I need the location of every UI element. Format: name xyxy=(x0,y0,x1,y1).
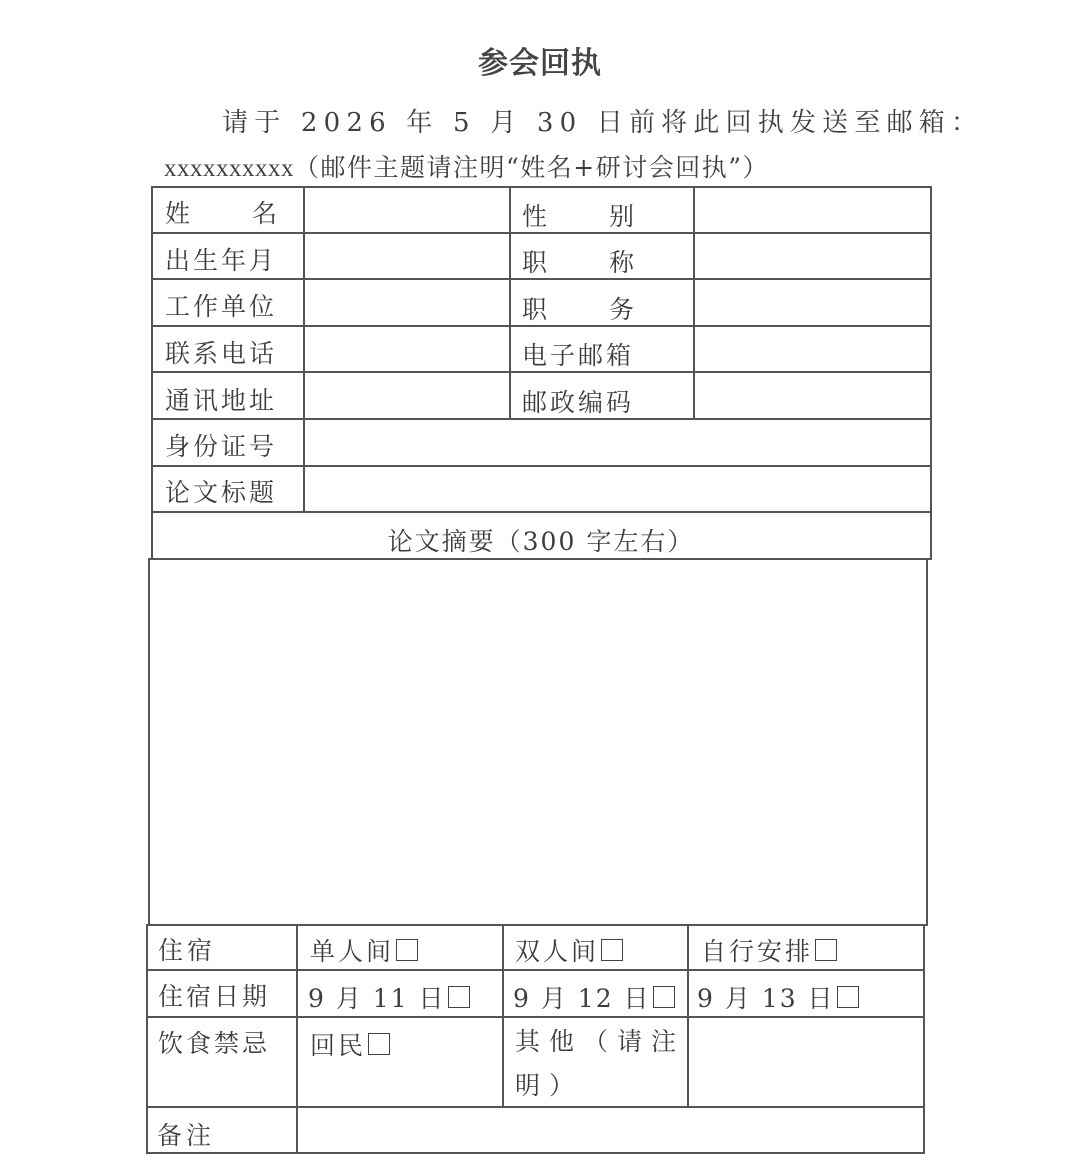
position-field[interactable] xyxy=(696,280,929,323)
abstract-header: 论文摘要（300 字左右） xyxy=(153,522,929,558)
birth-date-field[interactable] xyxy=(306,234,508,277)
label-char: 性 xyxy=(522,197,547,233)
label-email: 电子邮箱 xyxy=(522,336,634,372)
option-date-sep-13[interactable]: 9 月 13 日 xyxy=(697,979,859,1015)
label-dietary-other: 其他（请注明） xyxy=(515,1020,685,1108)
professional-title-field[interactable] xyxy=(696,234,929,277)
name-field[interactable] xyxy=(306,188,508,231)
row-divider xyxy=(150,558,930,560)
label-char: 职 xyxy=(522,290,547,326)
label-name: 姓 名 xyxy=(165,194,277,230)
instruction-line-1: 请于 2026 年 5 月 30 日前将此回执发送至邮箱： xyxy=(222,102,983,139)
option-date-sep-12[interactable]: 9 月 12 日 xyxy=(513,979,675,1015)
table-border-right-lower xyxy=(926,558,928,926)
option-self-arrange[interactable]: 自行安排 xyxy=(701,932,837,968)
dietary-other-field[interactable] xyxy=(690,1019,922,1105)
option-label: 回民 xyxy=(310,1026,366,1062)
label-position: 职 务 xyxy=(522,290,634,326)
table-border-left-lower xyxy=(148,558,150,926)
table-border-right-bottom xyxy=(923,924,925,1153)
option-hui-halal[interactable]: 回民 xyxy=(310,1026,390,1062)
email-subject-note: （邮件主题请注明“姓名+研讨会回执”） xyxy=(294,153,769,182)
label-accommodation-dates: 住宿日期 xyxy=(158,977,270,1013)
table-border-bottom xyxy=(146,1152,925,1154)
table-border-left xyxy=(151,186,153,560)
checkbox-icon[interactable] xyxy=(837,986,859,1008)
col-divider xyxy=(303,186,305,512)
option-label: 自行安排 xyxy=(701,932,813,968)
option-label: 单人间 xyxy=(310,932,394,968)
label-id-number: 身份证号 xyxy=(165,427,277,463)
label-professional-title: 职 称 xyxy=(522,243,634,279)
label-accommodation: 住宿 xyxy=(158,931,216,967)
label-char: 名 xyxy=(252,194,277,230)
option-single-room[interactable]: 单人间 xyxy=(310,932,418,968)
remarks-field[interactable] xyxy=(299,1109,921,1151)
label-char: 务 xyxy=(609,290,634,326)
checkbox-icon[interactable] xyxy=(601,939,623,961)
page-title: 参会回执 xyxy=(0,38,1080,82)
option-label: 双人间 xyxy=(515,932,599,968)
phone-field[interactable] xyxy=(306,327,508,370)
col-divider xyxy=(693,186,695,419)
checkbox-icon[interactable] xyxy=(448,986,470,1008)
label-remarks: 备注 xyxy=(157,1116,215,1152)
email-field[interactable] xyxy=(696,327,929,370)
checkbox-icon[interactable] xyxy=(396,939,418,961)
option-label: 9 月 12 日 xyxy=(513,979,651,1015)
col-divider xyxy=(509,186,511,419)
label-postal-code: 邮政编码 xyxy=(522,383,634,419)
label-work-unit: 工作单位 xyxy=(165,287,277,323)
instruction-line-2: xxxxxxxxxx（邮件主题请注明“姓名+研讨会回执”） xyxy=(164,148,769,184)
label-address: 通讯地址 xyxy=(165,381,277,417)
row-divider xyxy=(147,924,927,926)
paper-title-field[interactable] xyxy=(306,467,928,510)
table-border-left-bottom xyxy=(146,924,148,1153)
row-divider xyxy=(151,511,932,513)
option-date-sep-11[interactable]: 9 月 11 日 xyxy=(308,979,470,1015)
label-gender: 性 别 xyxy=(522,197,634,233)
abstract-field[interactable] xyxy=(152,561,924,923)
option-double-room[interactable]: 双人间 xyxy=(515,932,623,968)
label-char: 职 xyxy=(522,243,547,279)
checkbox-icon[interactable] xyxy=(815,939,837,961)
checkbox-icon[interactable] xyxy=(368,1033,390,1055)
email-address: xxxxxxxxxx xyxy=(164,155,294,182)
gender-field[interactable] xyxy=(696,188,929,231)
label-paper-title: 论文标题 xyxy=(165,473,277,509)
label-char: 别 xyxy=(609,197,634,233)
label-char: 姓 xyxy=(165,194,190,230)
address-field[interactable] xyxy=(306,373,508,417)
row-divider xyxy=(147,1016,925,1018)
label-phone: 联系电话 xyxy=(165,334,277,370)
table-border-right xyxy=(930,186,932,560)
option-label: 9 月 11 日 xyxy=(308,979,446,1015)
checkbox-icon[interactable] xyxy=(653,986,675,1008)
label-dietary-restrictions: 饮食禁忌 xyxy=(158,1024,270,1060)
label-birth-date: 出生年月 xyxy=(165,241,277,277)
label-char: 称 xyxy=(609,243,634,279)
work-unit-field[interactable] xyxy=(306,280,508,323)
col-divider xyxy=(687,924,689,1107)
postal-code-field[interactable] xyxy=(696,373,929,417)
option-label: 9 月 13 日 xyxy=(697,979,835,1015)
row-divider xyxy=(147,969,925,971)
col-divider xyxy=(296,924,298,1153)
col-divider xyxy=(502,924,504,1107)
id-number-field[interactable] xyxy=(306,420,928,464)
